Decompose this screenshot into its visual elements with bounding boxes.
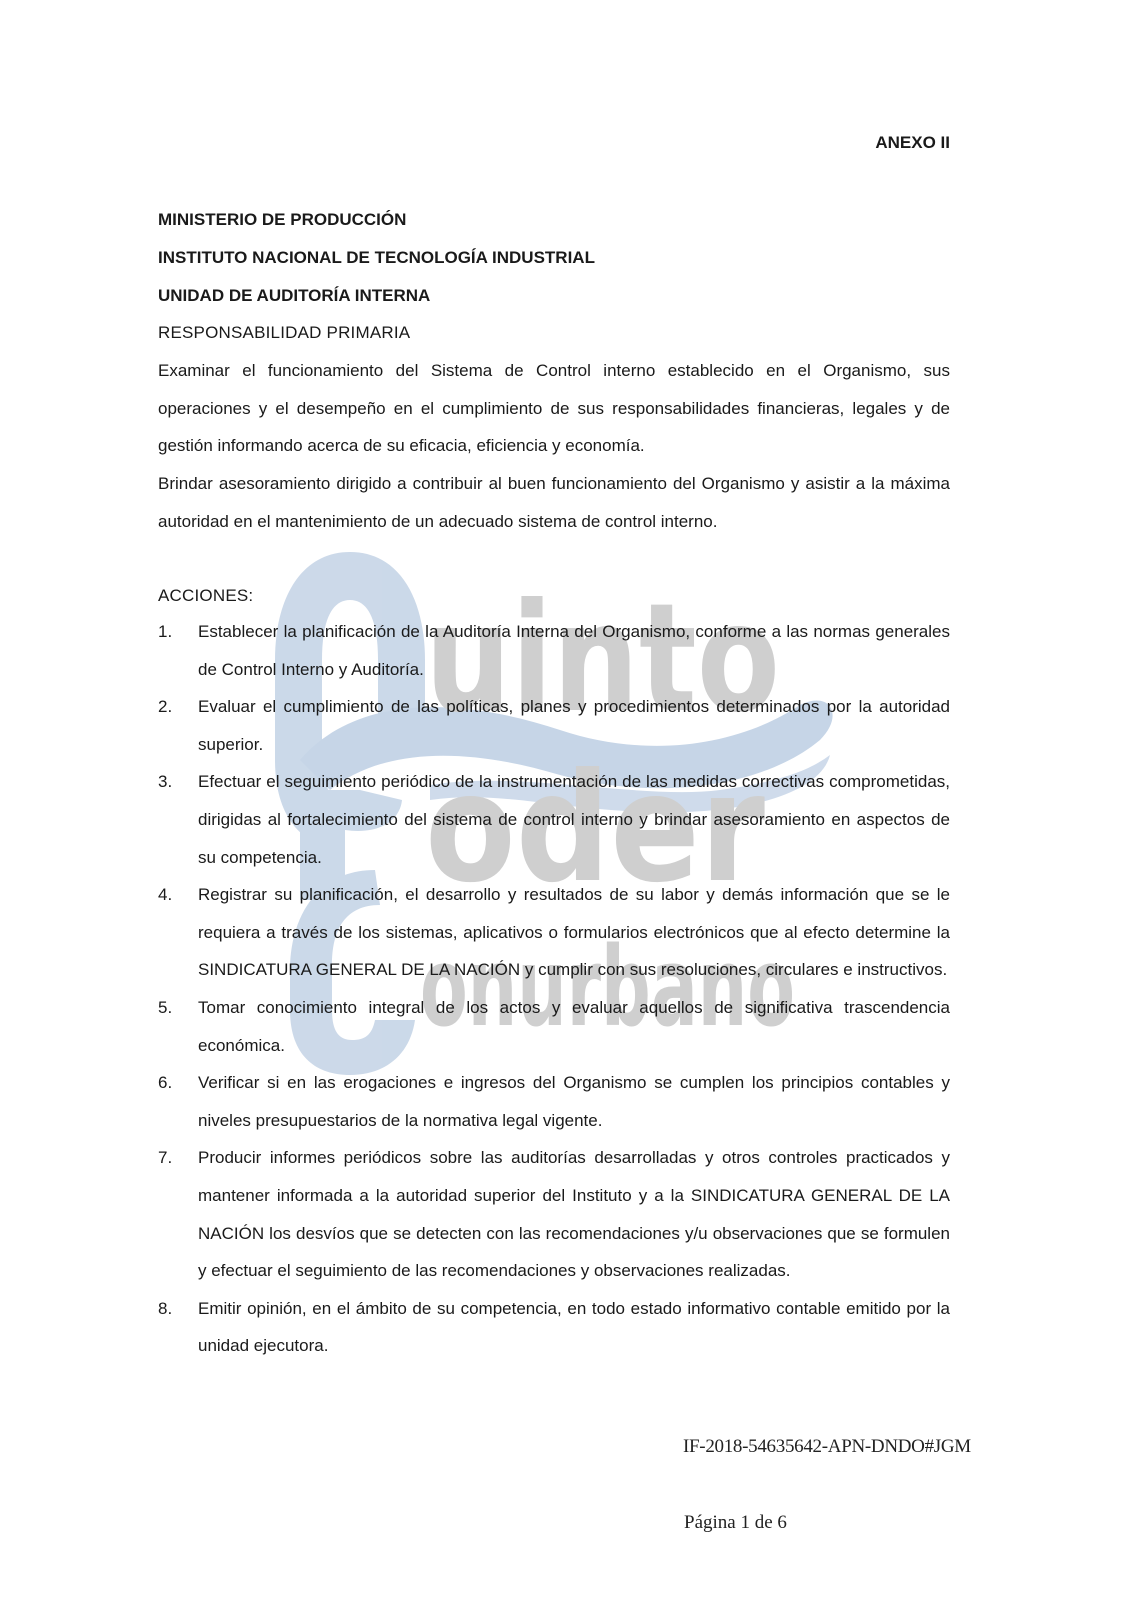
document-id: IF-2018-54635642-APN-DNDO#JGM: [683, 1436, 971, 1458]
responsibility-paragraph-2: Brindar asesoramiento dirigido a contrib…: [158, 465, 950, 540]
list-text: Registrar su planificación, el desarroll…: [198, 885, 950, 979]
ministry-heading: MINISTERIO DE PRODUCCIÓN: [158, 209, 950, 231]
unit-heading: UNIDAD DE AUDITORÍA INTERNA: [158, 285, 950, 307]
list-item: 2.Evaluar el cumplimiento de las polític…: [158, 688, 950, 763]
list-number: 7.: [158, 1139, 172, 1177]
list-text: Producir informes periódicos sobre las a…: [198, 1148, 950, 1280]
list-number: 2.: [158, 688, 172, 726]
list-number: 6.: [158, 1064, 172, 1102]
list-item: 6.Verificar si en las erogaciones e ingr…: [158, 1064, 950, 1139]
list-text: Establecer la planificación de la Audito…: [198, 622, 950, 679]
list-item: 5.Tomar conocimiento integral de los act…: [158, 989, 950, 1064]
institute-heading: INSTITUTO NACIONAL DE TECNOLOGÍA INDUSTR…: [158, 247, 950, 269]
list-text: Evaluar el cumplimiento de las políticas…: [198, 697, 950, 754]
annex-label: ANEXO II: [875, 133, 950, 153]
list-item: 7.Producir informes periódicos sobre las…: [158, 1139, 950, 1289]
page-number: Página 1 de 6: [684, 1512, 787, 1534]
list-text: Efectuar el seguimiento periódico de la …: [198, 772, 950, 866]
list-number: 1.: [158, 613, 172, 651]
list-item: 8.Emitir opinión, en el ámbito de su com…: [158, 1290, 950, 1365]
list-number: 8.: [158, 1290, 172, 1328]
list-text: Emitir opinión, en el ámbito de su compe…: [198, 1299, 950, 1356]
responsibility-paragraph-1: Examinar el funcionamiento del Sistema d…: [158, 352, 950, 465]
actions-heading: ACCIONES:: [158, 585, 950, 607]
list-item: 1.Establecer la planificación de la Audi…: [158, 613, 950, 688]
list-number: 3.: [158, 763, 172, 801]
list-item: 3.Efectuar el seguimiento periódico de l…: [158, 763, 950, 876]
list-text: Verificar si en las erogaciones e ingres…: [198, 1073, 950, 1130]
primary-responsibility-heading: RESPONSABILIDAD PRIMARIA: [158, 322, 950, 344]
list-text: Tomar conocimiento integral de los actos…: [198, 998, 950, 1055]
list-number: 5.: [158, 989, 172, 1027]
actions-list: 1.Establecer la planificación de la Audi…: [158, 613, 950, 1365]
list-item: 4.Registrar su planificación, el desarro…: [158, 876, 950, 989]
list-number: 4.: [158, 876, 172, 914]
